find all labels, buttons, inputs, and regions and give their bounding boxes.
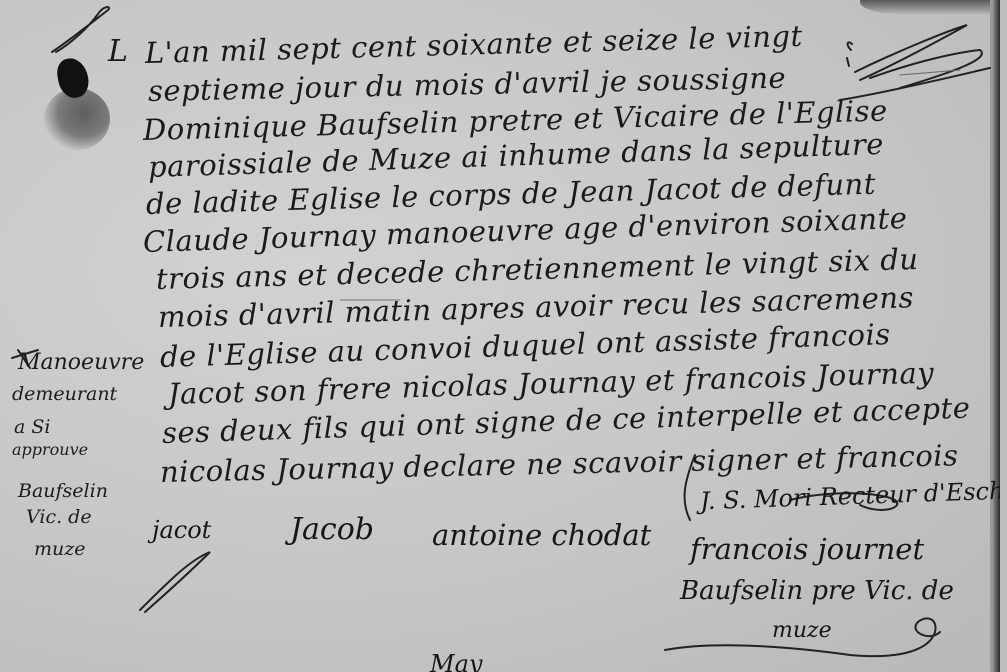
top-left-mark: L xyxy=(108,34,128,69)
signature-francois-journet: francois journet xyxy=(690,532,924,566)
signature-jacob: Jacob xyxy=(290,512,374,547)
signature-jacot: jacot xyxy=(152,516,211,544)
margin-line-5: Baufselin xyxy=(18,480,108,502)
margin-line-1: Manoeuvre xyxy=(18,350,144,375)
margin-line-7: muze xyxy=(34,538,86,560)
next-entry-partial: May xyxy=(430,650,482,672)
register-page: L L'an mil sept cent soixante et seize l… xyxy=(0,0,1000,672)
signature-antoine-chodat: antoine chodat xyxy=(432,518,651,552)
signature-priest: Baufselin pre Vic. de xyxy=(680,576,954,606)
margin-line-4: approuve xyxy=(12,440,88,459)
margin-line-6: Vic. de xyxy=(26,506,92,528)
margin-line-3: a Si xyxy=(14,416,50,438)
signature-priest-parish: muze xyxy=(772,618,832,643)
margin-line-2: demeurant xyxy=(12,383,117,405)
